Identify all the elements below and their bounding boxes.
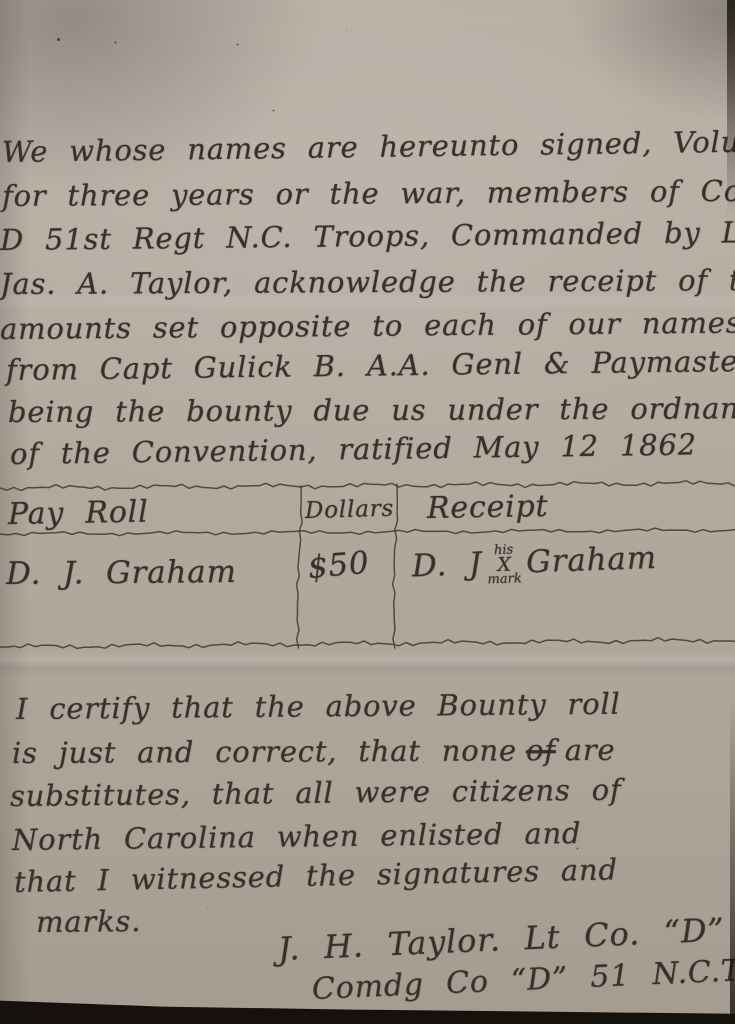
receipt-signature: D. JhisXmarkGraham <box>411 538 657 588</box>
amount-dollars: $50 <box>306 546 370 586</box>
struck-word: of <box>526 733 556 767</box>
table-divider-dollars-left <box>297 486 303 648</box>
cert-line-5: that I witnessed the signatures and <box>14 853 618 898</box>
document-photo: We whose names are hereunto signed, Volu… <box>0 0 735 1024</box>
intro-line-2: for three years or the war, members of C… <box>2 174 735 212</box>
cert-line-2-pre: is just and correct, that none <box>12 733 517 770</box>
table-line-bottom <box>0 638 735 649</box>
mark-word-label: mark <box>487 574 522 588</box>
photo-edge-right-top <box>727 0 735 220</box>
cert-line-6: marks. <box>36 905 141 938</box>
receipt-signature-prefix: D. J <box>411 546 482 584</box>
table-line-top <box>0 481 735 491</box>
photo-edge-right-bottom <box>730 694 735 1024</box>
cert-line-1: I certify that the above Bounty roll <box>16 688 621 726</box>
intro-line-6: from Capt Gulick B. A.A. Genl & Paymaste… <box>6 345 735 387</box>
intro-line-5: amounts set opposite to each of our name… <box>0 306 735 345</box>
receipt-signature-suffix: Graham <box>526 540 658 581</box>
cert-line-4: North Carolina when enlisted and <box>12 817 582 856</box>
payroll-name: D. J. Graham <box>6 555 237 592</box>
intro-line-4: Jas. A. Taylor, acknowledge the receipt … <box>0 264 735 301</box>
cert-line-2-post: are <box>565 733 616 767</box>
intro-line-1: We whose names are hereunto signed, Volu… <box>2 124 735 168</box>
table-header-receipt: Receipt <box>427 490 549 526</box>
table-header-payroll: Pay Roll <box>8 496 149 532</box>
cert-line-2: is just and correct, that noneofare <box>12 734 616 770</box>
paper-specks <box>0 0 3 3</box>
his-x-mark: hisXmark <box>486 544 522 587</box>
cert-line-3: substitutes, that all were citizens of <box>10 774 622 813</box>
table-header-dollars: Dollars <box>305 497 395 525</box>
intro-line-8: of the Convention, ratified May 12 1862 <box>10 428 697 470</box>
intro-line-7: being the bounty due us under the ordnan… <box>8 392 735 428</box>
intro-line-3: D 51st Regt N.C. Troops, Commanded by Li… <box>0 216 735 257</box>
